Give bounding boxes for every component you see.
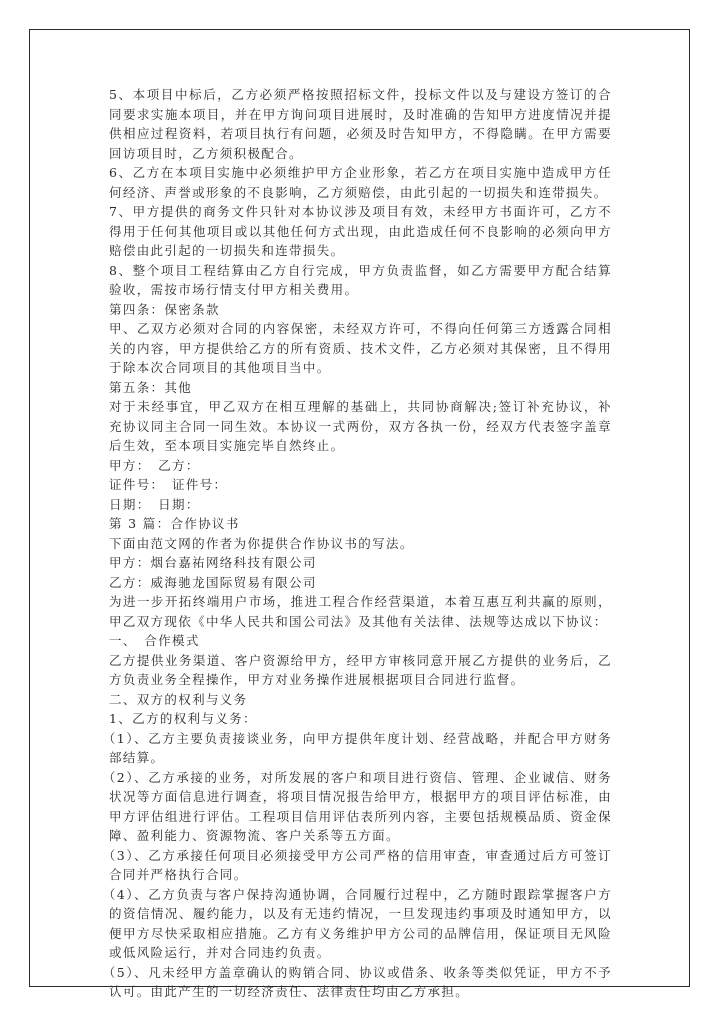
item-1: （1）、乙方主要负责接谈业务，向甲方提供年度计划、经营战略，并配合甲方财务部结算… xyxy=(109,729,612,768)
cooperation-mode-text: 乙方提供业务渠道、客户资源给甲方，经甲方审核同意开展乙方提供的业务后，乙方负责业… xyxy=(109,651,612,690)
signature-id-line: 证件号： 证件号： xyxy=(109,475,612,495)
clause-8: 8、整个项目工程结算由乙方自行完成，甲方负责监督，如乙方需要甲方配合结算验收，需… xyxy=(109,261,612,300)
signature-party-line: 甲方： 乙方： xyxy=(109,456,612,476)
signature-date-line: 日期： 日期： xyxy=(109,495,612,515)
party-b: 乙方：威海驰龙国际贸易有限公司 xyxy=(109,573,612,593)
document-body: 5、本项目中标后，乙方必须严格按照招标文件，投标文件以及与建设方签订的合同要求实… xyxy=(109,85,612,1002)
party-a: 甲方：烟台嘉祐网络科技有限公司 xyxy=(109,553,612,573)
item-4: （4）、乙方负责与客户保持沟通协调，合同履行过程中，乙方随时跟踪掌握客户方的资信… xyxy=(109,885,612,963)
item-5: （5）、凡未经甲方盖章确认的购销合同、协议或借条、收条等类似凭证，甲方不予认可。… xyxy=(109,963,612,1002)
item-2: （2）、乙方承接的业务，对所发展的客户和项目进行资信、管理、企业诚信、财务状况等… xyxy=(109,768,612,846)
section-heading-other: 第五条：其他 xyxy=(109,378,612,398)
clause-5: 5、本项目中标后，乙方必须严格按照招标文件，投标文件以及与建设方签订的合同要求实… xyxy=(109,85,612,163)
section-heading-confidentiality: 第四条：保密条款 xyxy=(109,300,612,320)
section-heading-cooperation-mode: 一、 合作模式 xyxy=(109,631,612,651)
other-text: 对于未经事宜，甲乙双方在相互理解的基础上，共同协商解决;签订补充协议，补充协议同… xyxy=(109,397,612,456)
item-3: （3）、乙方承接任何项目必须接受甲方公司严格的信用审查，审查通过后方可签订合同并… xyxy=(109,846,612,885)
preamble: 为进一步开拓终端用户市场，推进工程合作经营渠道，本着互惠互利共赢的原则，甲乙双方… xyxy=(109,592,612,631)
article-3-intro: 下面由范文网的作者为你提供合作协议书的写法。 xyxy=(109,534,612,554)
clause-7: 7、甲方提供的商务文件只针对本协议涉及项目有效，未经甲方书面许可，乙方不得用于任… xyxy=(109,202,612,261)
subsection-heading-party-b-rights: 1、乙方的权利与义务： xyxy=(109,709,612,729)
section-heading-rights-obligations: 二、双方的权利与义务 xyxy=(109,690,612,710)
article-3-title: 第 3 篇：合作协议书 xyxy=(109,514,612,534)
confidentiality-text: 甲、乙双方必须对合同的内容保密，未经双方许可，不得向任何第三方透露合同相关的内容… xyxy=(109,319,612,378)
clause-6: 6、乙方在本项目实施中必须维护甲方企业形象，若乙方在项目实施中造成甲方任何经济、… xyxy=(109,163,612,202)
